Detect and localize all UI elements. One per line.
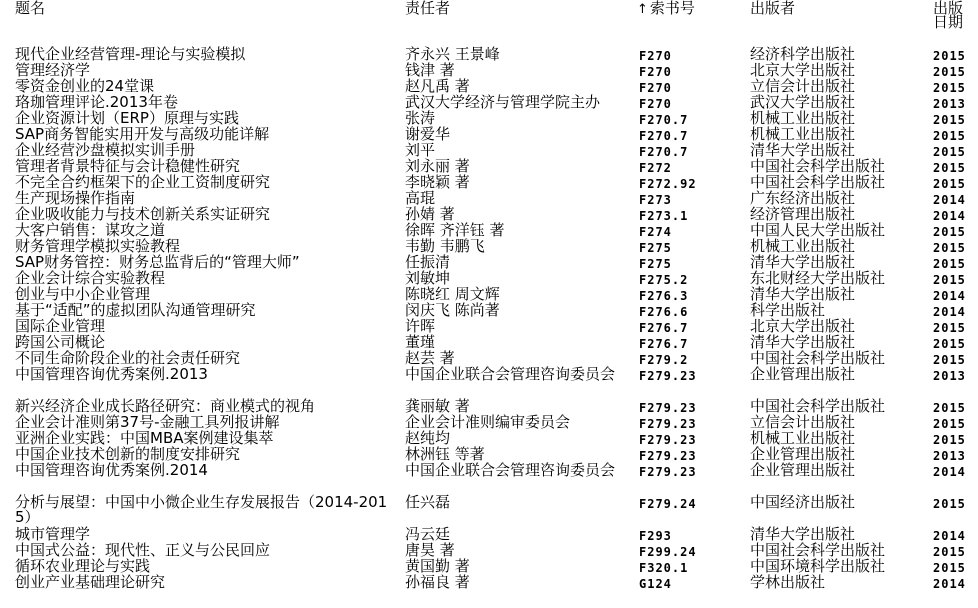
author-cell: 齐永兴 王景峰	[405, 47, 617, 62]
table-header: 题名 责任者 ↑索书号 出版者 出版日期	[0, 0, 978, 40]
date-cell: 2014	[933, 529, 966, 544]
date-cell: 2015	[933, 417, 966, 432]
publisher-cell: 广东经济出版社	[750, 191, 855, 206]
author-cell: 刘永丽 著	[405, 159, 617, 174]
call-number-cell: F279.23	[639, 465, 697, 480]
call-number-cell: F270	[639, 97, 672, 112]
author-cell: 任振清	[405, 255, 617, 270]
title-cell[interactable]: 创业与中小企业管理	[15, 287, 400, 302]
date-cell: 2015	[933, 321, 966, 336]
call-number-cell: F273	[639, 193, 672, 208]
author-cell: 林洲钰 等著	[405, 447, 617, 462]
publisher-cell: 清华大学出版社	[750, 143, 855, 158]
author-cell: 冯云廷	[405, 527, 617, 542]
publisher-cell: 北京大学出版社	[750, 63, 855, 78]
date-cell: 2014	[933, 305, 966, 320]
call-number-cell: F279.2	[639, 353, 688, 368]
date-cell: 2013	[933, 449, 966, 464]
title-cell[interactable]: SAP财务管控：财务总监背后的“管理大师”	[15, 255, 400, 270]
call-number-cell: F270	[639, 65, 672, 80]
date-cell: 2015	[933, 113, 966, 128]
date-cell: 2013	[933, 97, 966, 112]
call-number-cell: F275	[639, 257, 672, 272]
date-cell: 2015	[933, 561, 966, 576]
call-number-cell: F299.24	[639, 545, 697, 560]
call-number-cell: F275	[639, 241, 672, 256]
publisher-cell: 经济管理出版社	[750, 207, 855, 222]
date-cell: 2015	[933, 81, 966, 96]
author-cell: 赵芸 著	[405, 351, 617, 366]
author-cell: 孙婧 著	[405, 207, 617, 222]
call-number-cell: F276.7	[639, 321, 688, 336]
title-cell[interactable]: 珞珈管理评论.2013年卷	[15, 95, 400, 110]
column-header-author[interactable]: 责任者	[405, 1, 450, 16]
author-cell: 董瑾	[405, 335, 617, 350]
call-number-cell: F270.7	[639, 129, 688, 144]
call-number-cell: F279.23	[639, 401, 697, 416]
author-cell: 刘敏坤	[405, 271, 617, 286]
title-cell[interactable]: 财务管理学模拟实验教程	[15, 239, 400, 254]
date-cell: 2015	[933, 225, 966, 240]
title-cell[interactable]: 生产现场操作指南	[15, 191, 400, 206]
date-cell: 2015	[933, 433, 966, 448]
date-cell: 2015	[933, 49, 966, 64]
title-cell[interactable]: 企业会计准则第37号-金融工具列报讲解	[15, 415, 400, 430]
title-cell[interactable]: 创业产业基础理论研究	[15, 575, 400, 590]
title-cell[interactable]: 分析与展望：中国中小微企业生存发展报告（2014-2015）	[15, 495, 400, 525]
author-cell: 高琨	[405, 191, 617, 206]
title-cell[interactable]: 国际企业管理	[15, 319, 400, 334]
title-cell[interactable]: 中国企业技术创新的制度安排研究	[15, 447, 400, 462]
publisher-cell: 机械工业出版社	[750, 239, 855, 254]
call-number-cell: F276.3	[639, 289, 688, 304]
call-number-cell: F275.2	[639, 273, 688, 288]
title-cell[interactable]: 企业会计综合实验教程	[15, 271, 400, 286]
column-header-call-number-label: 索书号	[650, 0, 695, 17]
date-cell: 2015	[933, 497, 966, 512]
date-cell: 2015	[933, 257, 966, 272]
author-cell: 张涛	[405, 111, 617, 126]
publisher-cell: 中国社会科学出版社	[750, 175, 885, 190]
call-number-cell: F272.92	[639, 177, 697, 192]
date-cell: 2014	[933, 193, 966, 208]
author-cell: 谢爱华	[405, 127, 617, 142]
call-number-cell: F270.7	[639, 113, 688, 128]
title-cell[interactable]: 企业吸收能力与技术创新关系实证研究	[15, 207, 400, 222]
date-cell: 2015	[933, 129, 966, 144]
publisher-cell: 中国社会科学出版社	[750, 399, 885, 414]
date-cell: 2014	[933, 465, 966, 480]
author-cell: 唐昊 著	[405, 543, 617, 558]
call-number-cell: F279.23	[639, 433, 697, 448]
publisher-cell: 中国环境科学出版社	[750, 559, 885, 574]
publisher-cell: 清华大学出版社	[750, 527, 855, 542]
author-cell: 黄国勤 著	[405, 559, 617, 574]
author-cell: 韦勤 韦鹏飞	[405, 239, 617, 254]
title-cell[interactable]: 企业资源计划（ERP）原理与实践	[15, 111, 400, 126]
call-number-cell: F270.7	[639, 145, 688, 160]
publisher-cell: 企业管理出版社	[750, 463, 855, 478]
call-number-cell: F270	[639, 49, 672, 64]
publisher-cell: 东北财经大学出版社	[750, 271, 885, 286]
author-cell: 李晓颖 著	[405, 175, 617, 190]
date-cell: 2013	[933, 369, 966, 384]
title-cell[interactable]: 基于“适配”的虚拟团队沟通管理研究	[15, 303, 400, 318]
author-cell: 中国企业联合会管理咨询委员会	[405, 463, 617, 478]
author-cell: 赵纯均	[405, 431, 617, 446]
author-cell: 中国企业联合会管理咨询委员会	[405, 367, 617, 382]
author-cell: 武汉大学经济与管理学院主办	[405, 95, 617, 110]
date-cell: 2015	[933, 145, 966, 160]
call-number-cell: G124	[639, 577, 672, 592]
table-row[interactable]: 分析与展望：中国中小微企业生存发展报告（2014-2015）任兴磊F279.24…	[0, 495, 978, 527]
publisher-cell: 中国社会科学出版社	[750, 351, 885, 366]
call-number-cell: F276.7	[639, 337, 688, 352]
publisher-cell: 企业管理出版社	[750, 447, 855, 462]
date-cell: 2015	[933, 161, 966, 176]
title-cell[interactable]: 零资金创业的24堂课	[15, 79, 400, 94]
call-number-cell: F279.23	[639, 449, 697, 464]
date-cell: 2014	[933, 289, 966, 304]
title-cell[interactable]: 新兴经济企业成长路径研究：商业模式的视角	[15, 399, 400, 414]
publisher-cell: 中国社会科学出版社	[750, 159, 885, 174]
call-number-cell: F279.24	[639, 497, 697, 512]
date-cell: 2015	[933, 545, 966, 560]
date-cell: 2015	[933, 401, 966, 416]
author-cell: 孙福良 著	[405, 575, 617, 590]
table-row[interactable]: 中国管理咨询优秀案例.2013中国企业联合会管理咨询委员会F279.23企业管理…	[0, 367, 978, 399]
date-cell: 2015	[933, 273, 966, 288]
call-number-cell: F293	[639, 529, 672, 544]
publisher-cell: 机械工业出版社	[750, 431, 855, 446]
call-number-cell: F270	[639, 81, 672, 96]
call-number-cell: F276.6	[639, 305, 688, 320]
date-cell: 2015	[933, 65, 966, 80]
publisher-cell: 中国经济出版社	[750, 495, 855, 510]
column-header-date[interactable]: 出版日期	[933, 1, 975, 29]
column-header-title[interactable]: 题名	[15, 1, 45, 16]
date-cell: 2014	[933, 577, 966, 592]
author-cell: 钱津 著	[405, 63, 617, 78]
title-cell[interactable]: 中国管理咨询优秀案例.2013	[15, 367, 400, 382]
publisher-cell: 科学出版社	[750, 303, 825, 318]
publisher-cell: 中国社会科学出版社	[750, 543, 885, 558]
call-number-cell: F279.23	[639, 369, 697, 384]
title-cell[interactable]: 亚洲企业实践：中国MBA案例建设集萃	[15, 431, 400, 446]
author-cell: 陈晓红 周文辉	[405, 287, 617, 302]
sort-ascending-icon: ↑	[637, 2, 648, 17]
publisher-cell: 清华大学出版社	[750, 287, 855, 302]
column-header-publisher[interactable]: 出版者	[750, 1, 795, 16]
publisher-cell: 中国人民大学出版社	[750, 223, 885, 238]
author-cell: 闵庆飞 陈尚著	[405, 303, 617, 318]
author-cell: 企业会计准则编审委员会	[405, 415, 617, 430]
results-table-body: 现代企业经营管理-理论与实验模拟齐永兴 王景峰F270经济科学出版社2015管理…	[0, 47, 978, 591]
author-cell: 任兴磊	[405, 495, 617, 510]
title-cell[interactable]: 管理经济学	[15, 63, 400, 78]
title-cell[interactable]: 中国管理咨询优秀案例.2014	[15, 463, 400, 478]
call-number-cell: F274	[639, 225, 672, 240]
title-cell[interactable]: 企业经营沙盘模拟实训手册	[15, 143, 400, 158]
author-cell: 刘平	[405, 143, 617, 158]
author-cell: 赵凡禹 著	[405, 79, 617, 94]
author-cell: 徐晖 齐洋钰 著	[405, 223, 617, 238]
publisher-cell: 经济科学出版社	[750, 47, 855, 62]
title-cell[interactable]: 管理者背景特征与会计稳健性研究	[15, 159, 400, 174]
publisher-cell: 学林出版社	[750, 575, 825, 590]
call-number-cell: F273.1	[639, 209, 688, 224]
author-cell: 许晖	[405, 319, 617, 334]
date-cell: 2015	[933, 337, 966, 352]
publisher-cell: 立信会计出版社	[750, 415, 855, 430]
title-cell[interactable]: 大客户销售：谋攻之道	[15, 223, 400, 238]
title-cell[interactable]: 跨国公司概论	[15, 335, 400, 350]
call-number-cell: F279.23	[639, 417, 697, 432]
author-cell: 龚丽敏 著	[405, 399, 617, 414]
table-row[interactable]: 中国管理咨询优秀案例.2014中国企业联合会管理咨询委员会F279.23企业管理…	[0, 463, 978, 495]
call-number-cell: F320.1	[639, 561, 688, 576]
publisher-cell: 机械工业出版社	[750, 111, 855, 126]
table-row[interactable]: 创业产业基础理论研究孙福良 著G124学林出版社2014	[0, 575, 978, 591]
publisher-cell: 机械工业出版社	[750, 127, 855, 142]
publisher-cell: 北京大学出版社	[750, 319, 855, 334]
title-cell[interactable]: 不同生命阶段企业的社会责任研究	[15, 351, 400, 366]
date-cell: 2015	[933, 177, 966, 192]
publisher-cell: 立信会计出版社	[750, 79, 855, 94]
publisher-cell: 清华大学出版社	[750, 335, 855, 350]
title-cell[interactable]: 城市管理学	[15, 527, 400, 542]
date-cell: 2015	[933, 353, 966, 368]
publisher-cell: 企业管理出版社	[750, 367, 855, 382]
publisher-cell: 清华大学出版社	[750, 255, 855, 270]
title-cell[interactable]: 循环农业理论与实践	[15, 559, 400, 574]
title-cell[interactable]: SAP商务智能实用开发与高级功能详解	[15, 127, 400, 142]
date-cell: 2014	[933, 209, 966, 224]
column-header-call-number[interactable]: ↑索书号	[637, 1, 695, 17]
call-number-cell: F272	[639, 161, 672, 176]
title-cell[interactable]: 中国式公益：现代性、正义与公民回应	[15, 543, 400, 558]
title-cell[interactable]: 不完全合约框架下的企业工资制度研究	[15, 175, 400, 190]
date-cell: 2015	[933, 241, 966, 256]
title-cell[interactable]: 现代企业经营管理-理论与实验模拟	[15, 47, 400, 62]
publisher-cell: 武汉大学出版社	[750, 95, 855, 110]
